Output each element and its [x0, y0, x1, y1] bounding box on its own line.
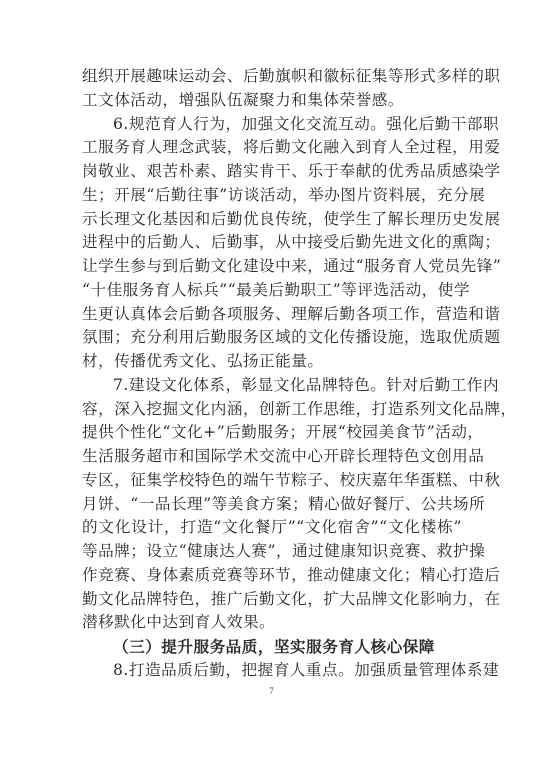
text-line: 工文体活动，增强队伍凝聚力和集体荣誉感。	[82, 89, 462, 113]
text-line: “十佳服务育人标兵”“最美后勤职工”等评选活动，使学	[82, 279, 462, 303]
paragraph-7-start: 7.建设文化体系，彰显文化品牌特色。针对后勤工作内	[82, 374, 462, 398]
page-number: 7	[0, 686, 543, 696]
text-line: 工服务育人理念武装，将后勤文化融入到育人全过程，用爱	[82, 136, 462, 160]
text-line: 示长理文化基因和后勤优良传统，使学生了解长理历史发展	[82, 208, 462, 232]
text-line: 提供个性化“文化+”后勤服务；开展“校园美食节”活动，	[82, 421, 462, 445]
text-line: 等品牌；设立“健康达人赛”，通过健康知识竞赛、救护操	[82, 540, 462, 564]
text-line: 进程中的后勤人、后勤事，从中接受后勤先进文化的熏陶；	[82, 231, 462, 255]
text-line: 生更认真体会后勤各项服务、理解后勤各项工作，营造和谐	[82, 303, 462, 327]
text-line: 潜移默化中达到育人效果。	[82, 611, 462, 635]
text-line: 生活服务超市和国际学术交流中心开辟长理特色文创用品	[82, 445, 462, 469]
text-line: 的文化设计，打造“文化餐厅”“文化宿舍”“文化楼栋”	[82, 516, 462, 540]
text-line: 生；开展“后勤往事”访谈活动，举办图片资料展，充分展	[82, 184, 462, 208]
text-line: 岗敬业、艰苦朴素、踏实肯干、乐于奉献的优秀品质感染学	[82, 160, 462, 184]
text-line: 组织开展趣味运动会、后勤旗帜和徽标征集等形式多样的职	[82, 65, 462, 89]
text-line: 勤文化品牌特色，推广后勤文化，扩大品牌文化影响力，在	[82, 588, 462, 612]
document-page: 组织开展趣味运动会、后勤旗帜和徽标征集等形式多样的职 工文体活动，增强队伍凝聚力…	[0, 0, 543, 768]
text-line: 让学生参与到后勤文化建设中来，通过“服务育人党员先锋”	[82, 255, 462, 279]
paragraph-8-start: 8.打造品质后勤，把握育人重点。加强质量管理体系建	[82, 659, 462, 683]
text-line: 容，深入挖掘文化内涵，创新工作思维，打造系列文化品牌，	[82, 398, 462, 422]
text-line: 专区，征集学校特色的端午节粽子、校庆嘉年华蛋糕、中秋	[82, 469, 462, 493]
body-text: 组织开展趣味运动会、后勤旗帜和徽标征集等形式多样的职 工文体活动，增强队伍凝聚力…	[82, 65, 462, 683]
section-heading: （三）提升服务品质，坚实服务育人核心保障	[82, 635, 462, 659]
text-line: 作竞赛、身体素质竞赛等环节，推动健康文化；精心打造后	[82, 564, 462, 588]
text-line: 材，传播优秀文化、弘扬正能量。	[82, 350, 462, 374]
text-line: 月饼、“一品长理”等美食方案；精心做好餐厅、公共场所	[82, 493, 462, 517]
paragraph-6-start: 6.规范育人行为，加强文化交流互动。强化后勤干部职	[82, 113, 462, 137]
text-line: 氛围；充分利用后勤服务区域的文化传播设施，选取优质题	[82, 326, 462, 350]
